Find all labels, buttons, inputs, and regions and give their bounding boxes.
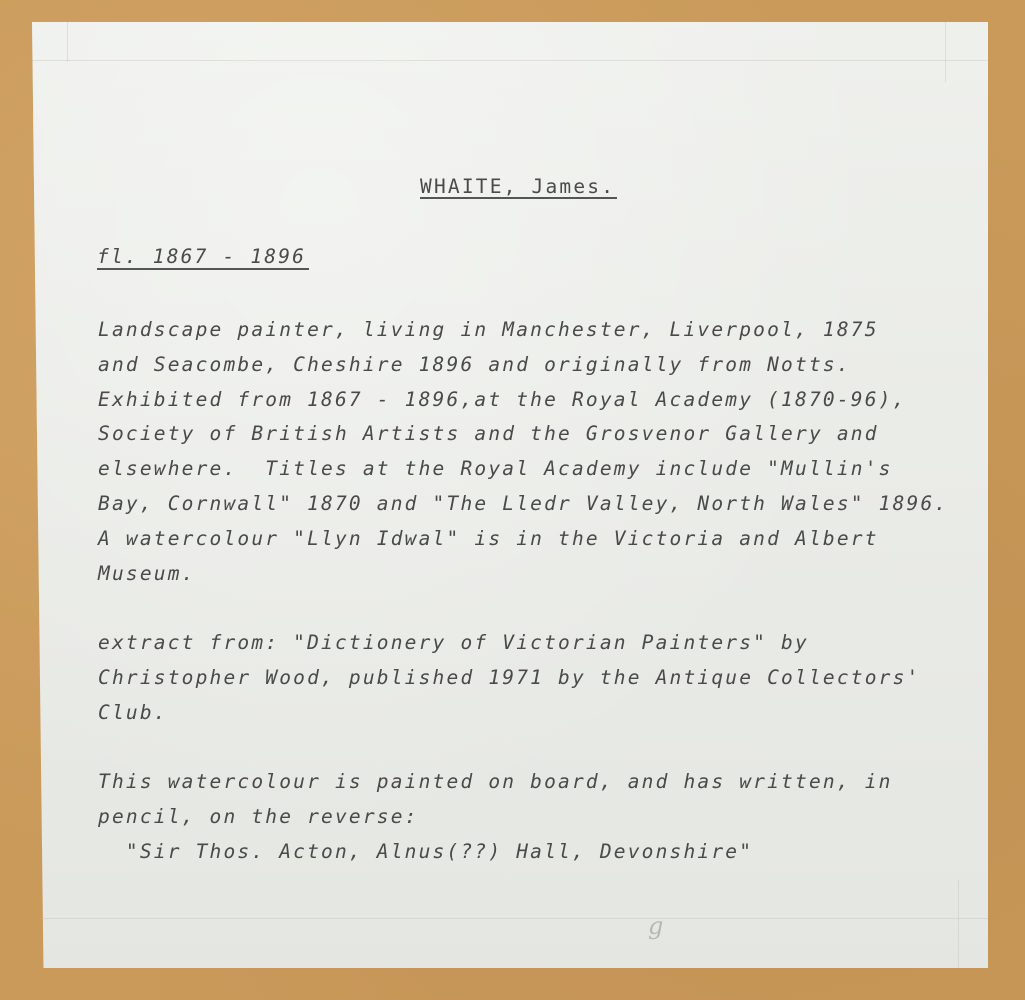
text-line: Exhibited from 1867 - 1896,at the Royal …: [98, 383, 948, 418]
inscription-paragraph: This watercolour is painted on board, an…: [98, 765, 893, 869]
text-line: Society of British Artists and the Grosv…: [98, 417, 948, 452]
biography-paragraph: Landscape painter, living in Manchester,…: [98, 313, 948, 591]
text-line: Museum.: [98, 557, 948, 592]
tape-edge-bottom: [40, 918, 988, 919]
text-line: Club.: [98, 696, 920, 731]
text-line: extract from: "Dictionery of Victorian P…: [98, 626, 920, 661]
text-line: "Sir Thos. Acton, Alnus(??) Hall, Devons…: [98, 835, 893, 870]
artist-heading: WHAITE, James.: [420, 175, 615, 198]
text-line: A watercolour "Llyn Idwal" is in the Vic…: [98, 522, 948, 557]
tape-edge-right: [945, 22, 946, 82]
text-line: elsewhere. Titles at the Royal Academy i…: [98, 452, 948, 487]
text-line: This watercolour is painted on board, an…: [98, 765, 893, 800]
text-line: and Seacombe, Cheshire 1896 and original…: [98, 348, 948, 383]
text-line: Bay, Cornwall" 1870 and "The Lledr Valle…: [98, 487, 948, 522]
tape-edge-left: [67, 22, 68, 62]
text-line: pencil, on the reverse:: [98, 800, 893, 835]
heading-underline: [420, 197, 617, 199]
source-citation-paragraph: extract from: "Dictionery of Victorian P…: [98, 626, 920, 730]
floruit-dates: fl. 1867 - 1896: [97, 245, 306, 268]
tape-edge-right-bottom: [958, 880, 959, 968]
floruit-underline: [97, 268, 309, 270]
tape-edge-top: [32, 60, 988, 61]
pencil-mark: g: [648, 912, 663, 940]
text-line: Christopher Wood, published 1971 by the …: [98, 661, 920, 696]
text-line: Landscape painter, living in Manchester,…: [98, 313, 948, 348]
